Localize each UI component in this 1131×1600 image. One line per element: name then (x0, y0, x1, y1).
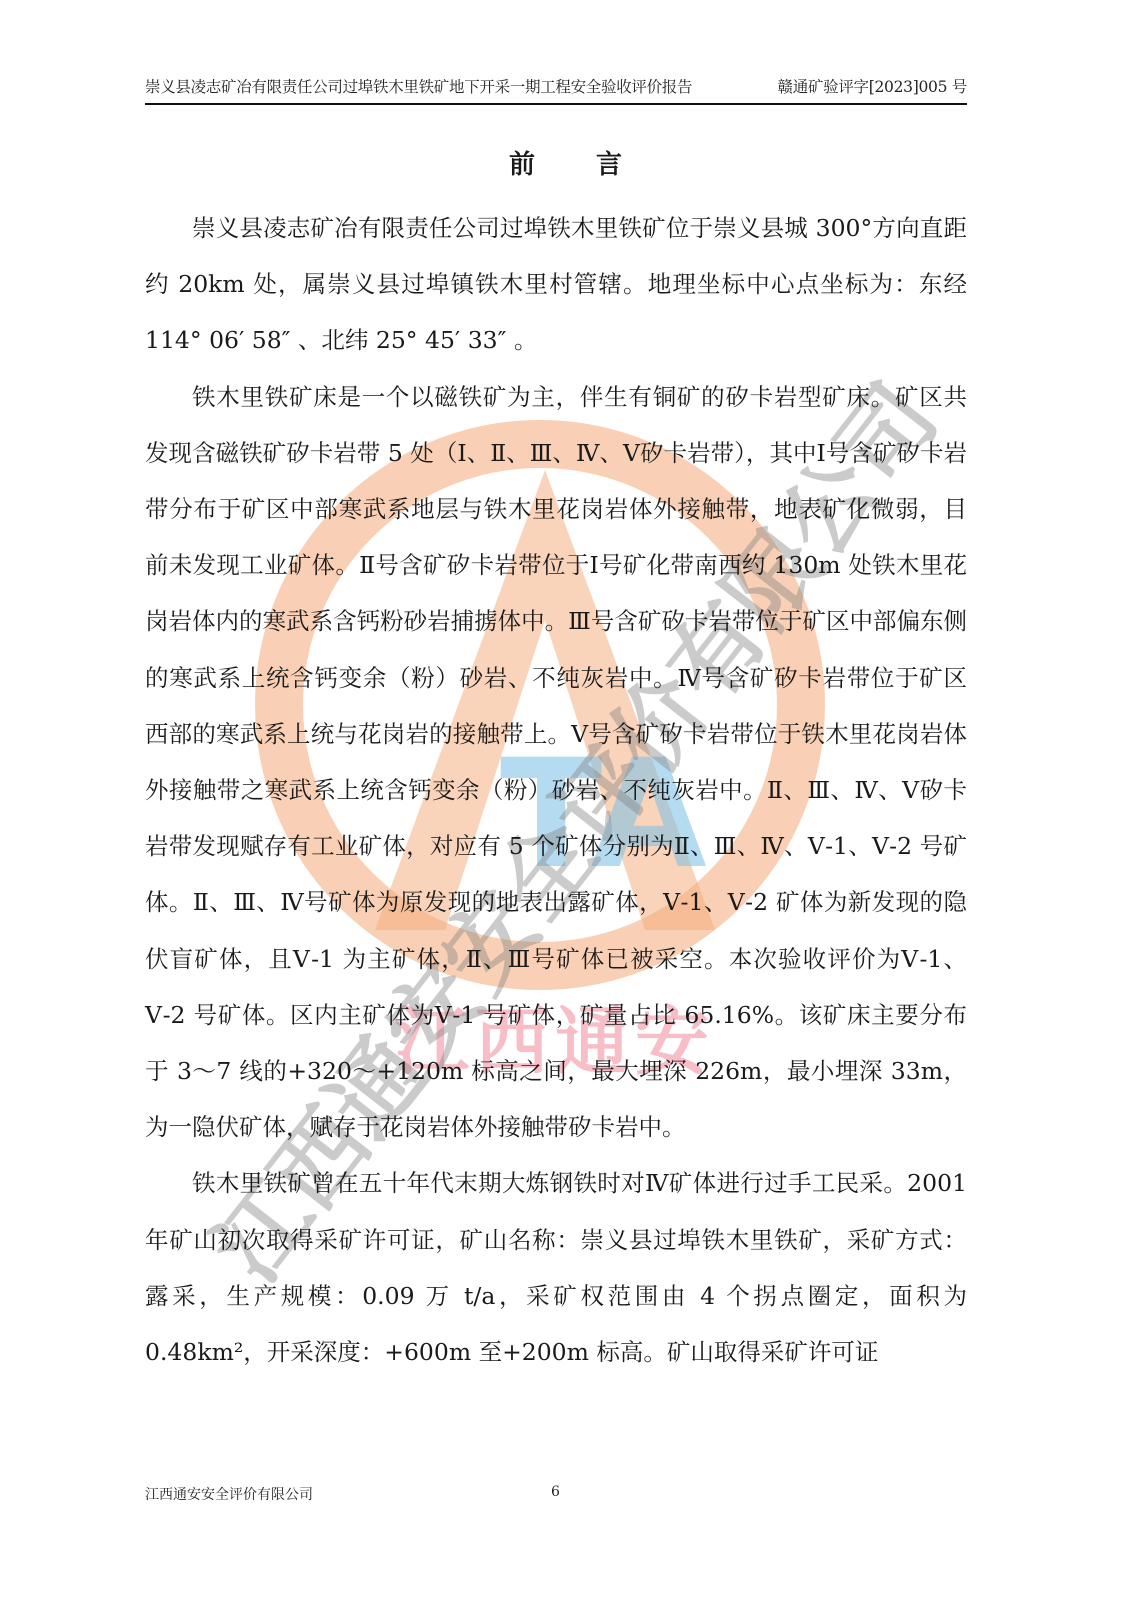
page-header: 崇义县凌志矿冶有限责任公司过埠铁木里铁矿地下开采一期工程安全验收评价报告 赣通矿… (145, 76, 967, 100)
header-report-number: 赣通矿验评字[2023]005 号 (778, 76, 967, 100)
body-text: 崇义县凌志矿冶有限责任公司过埠铁木里铁矿位于崇义县城 300°方向直距约 20k… (145, 200, 967, 1380)
footer-company: 江西通安安全评价有限公司 (145, 1484, 313, 1504)
header-report-title: 崇义县凌志矿冶有限责任公司过埠铁木里铁矿地下开采一期工程安全验收评价报告 (145, 76, 692, 100)
paragraph-history: 铁木里铁矿曾在五十年代末期大炼钢铁时对Ⅳ矿体进行过手工民采。2001 年矿山初次… (145, 1155, 967, 1380)
section-title: 前 言 (0, 148, 1131, 182)
content-layer: 崇义县凌志矿冶有限责任公司过埠铁木里铁矿地下开采一期工程安全验收评价报告 赣通矿… (0, 0, 1131, 1600)
document-page: TA 江西通安 江西通安安全评价有限公司 崇义县凌志矿冶有限责任公司过埠铁木里铁… (0, 0, 1131, 1600)
paragraph-location: 崇义县凌志矿冶有限责任公司过埠铁木里铁矿位于崇义县城 300°方向直距约 20k… (145, 200, 967, 369)
header-divider (145, 103, 967, 105)
paragraph-geology: 铁木里铁矿床是一个以磁铁矿为主，伴生有铜矿的矽卡岩型矿床。矿区共发现含磁铁矿矽卡… (145, 369, 967, 1156)
footer-page-number: 6 (551, 1484, 560, 1500)
